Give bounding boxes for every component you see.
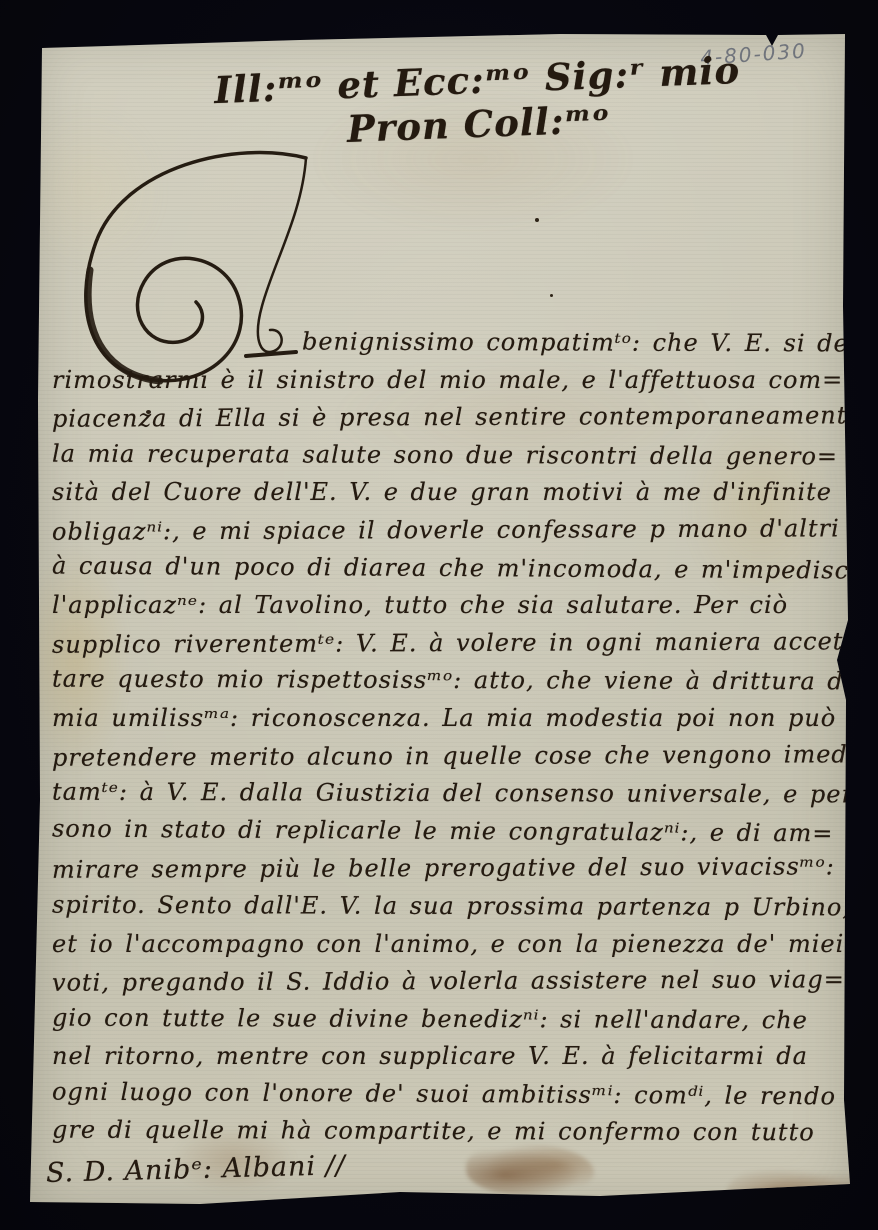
letter-line: gio con tutte le sue divine benedizⁿⁱ: s…: [52, 1003, 852, 1043]
letter-line: sità del Cuore dell'E. V. e due gran mot…: [52, 478, 852, 516]
ink-speck: [535, 218, 539, 222]
letter-line: obligazⁿⁱ:, e mi spiace il doverle confe…: [52, 514, 852, 555]
letter-line: piacenza di Ella si è presa nel sentire …: [52, 401, 852, 442]
letter-body: benignissimo compatimᵗᵒ: che V. E. si de…: [52, 328, 852, 1155]
salutation-line: Ill:ᵐᵒ et Ecc:ᵐᵒ Sig:ʳ mio Pron Coll:ᵐᵒ: [177, 47, 780, 158]
letter-line: mirare sempre più le belle prerogative d…: [52, 853, 852, 894]
letter-line: tare questo mio rispettosissᵐᵒ: atto, ch…: [52, 665, 852, 705]
letter-line: à causa d'un poco di diarea che m'incomo…: [52, 551, 852, 593]
letter-line: la mia recuperata salute sono due riscon…: [52, 439, 852, 479]
letter-line: rimostrarmi è il sinistro del mio male, …: [52, 366, 852, 404]
letter-line: ogni luogo con l'onore de' suoi ambitiss…: [52, 1077, 852, 1119]
letter-line: voti, pregando il S. Iddio à volerla ass…: [52, 965, 852, 1006]
letter-paper: 4-80-030 Ill:ᵐᵒ et Ecc:ᵐᵒ Sig:ʳ mio Pron…: [28, 26, 856, 1212]
letter-line: spirito. Sento dall'E. V. la sua prossim…: [52, 891, 852, 931]
docket-signature: S. D. Anibᵉ: Albani //: [46, 1150, 347, 1189]
letter-line: benignissimo compatimᵗᵒ: che V. E. si de…: [52, 327, 852, 367]
letter-line: sono in stato di replicarle le mie congr…: [52, 814, 852, 856]
ink-speck: [550, 294, 553, 297]
paper-stain: [726, 1164, 861, 1222]
letter-line: supplico riverentemᵗᵉ: V. E. à volere in…: [52, 627, 852, 668]
letter-line: gre di quelle mi hà compartite, e mi con…: [52, 1116, 852, 1156]
letter-line: et io l'accompagno con l'animo, e con la…: [52, 930, 852, 968]
letter-line: nel ritorno, mentre con supplicare V. E.…: [52, 1042, 852, 1080]
letter-line: pretendere merito alcuno in quelle cose …: [52, 740, 852, 781]
scan-background: 4-80-030 Ill:ᵐᵒ et Ecc:ᵐᵒ Sig:ʳ mio Pron…: [0, 0, 878, 1230]
letter-line: l'applicazⁿᵉ: al Tavolino, tutto che sia…: [52, 591, 852, 629]
letter-line: mia umilissᵐᵃ: riconoscenza. La mia mode…: [52, 704, 852, 742]
letter-line: tamᵗᵉ: à V. E. dalla Giustizia del conse…: [52, 778, 852, 818]
